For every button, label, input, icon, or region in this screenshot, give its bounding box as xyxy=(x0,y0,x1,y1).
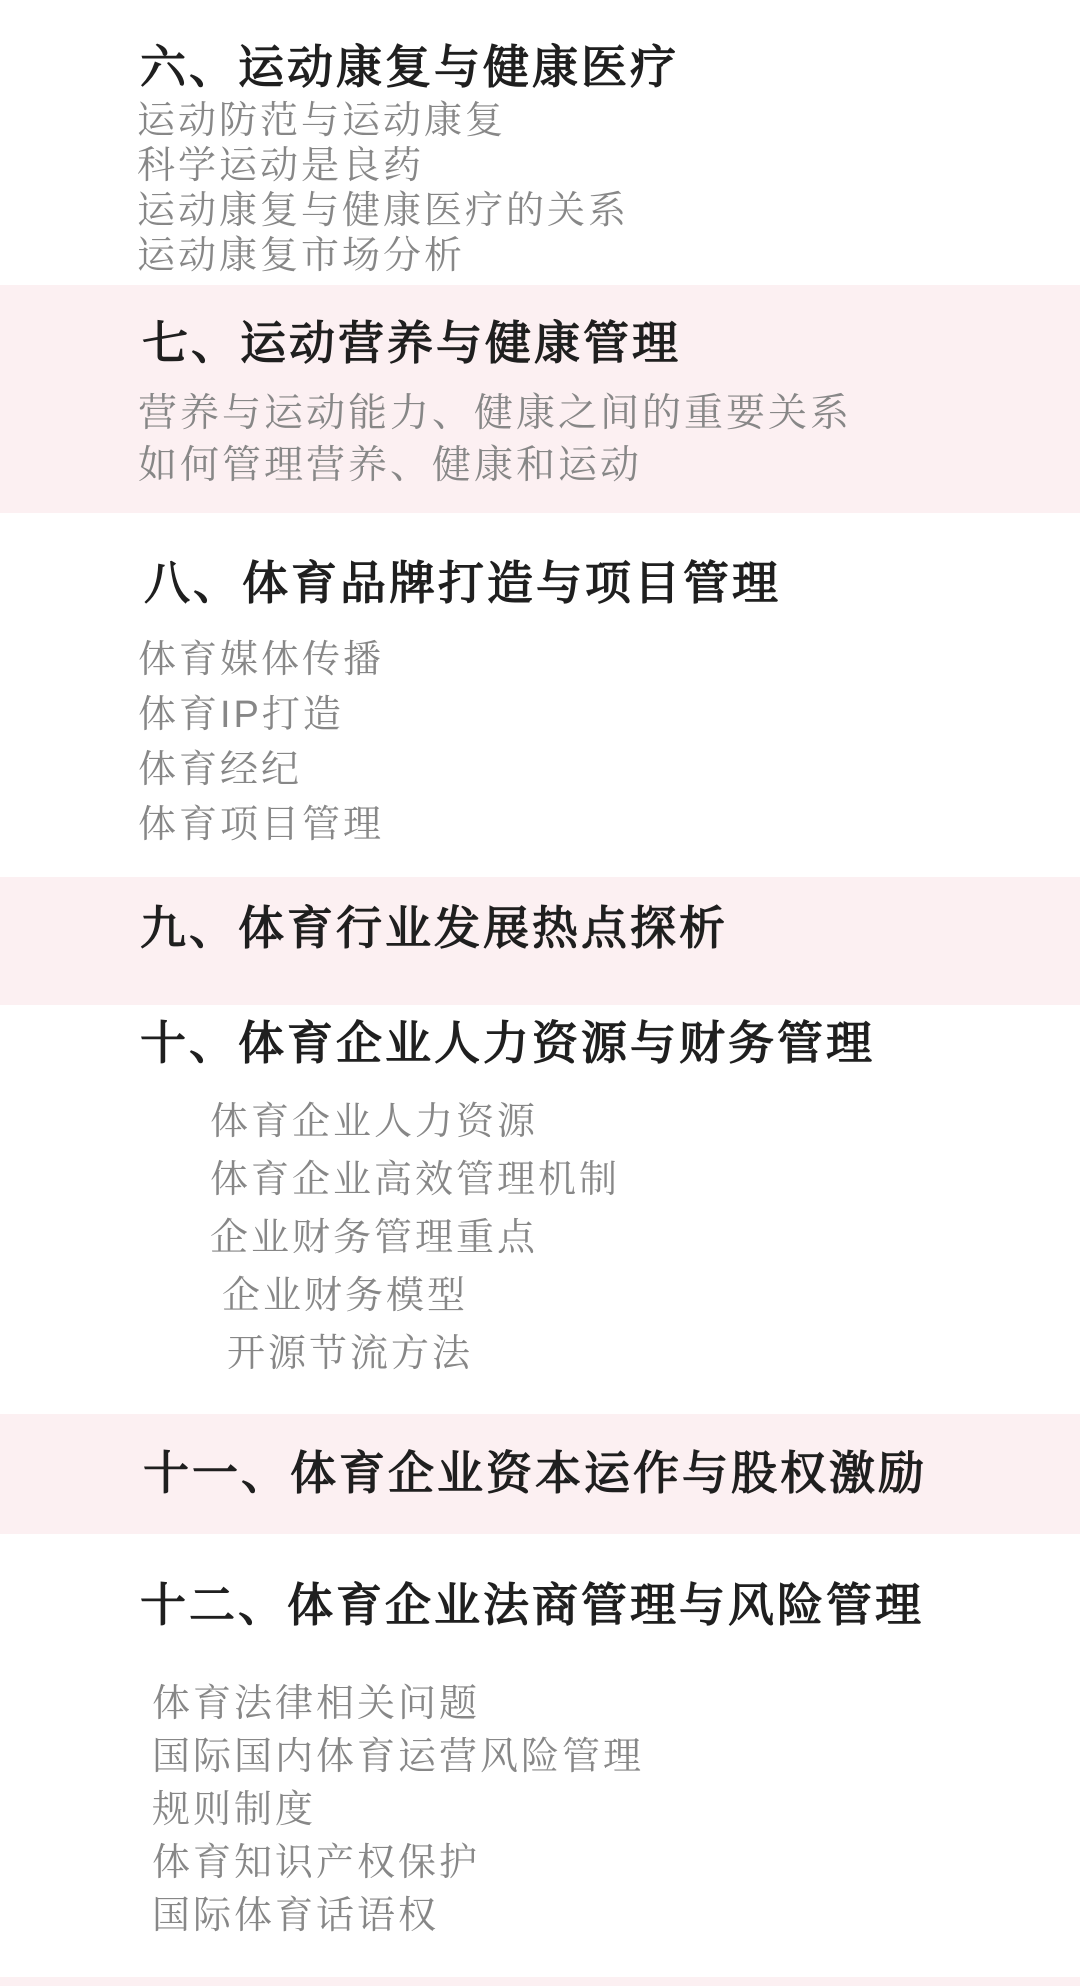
section-10-item: 企业财务管理重点 xyxy=(210,1219,620,1257)
section-6-item: 运动康复与健康医疗的关系 xyxy=(137,192,629,230)
section-6-item: 运动防范与运动康复 xyxy=(137,102,629,140)
section-10-item: 开源节流方法 xyxy=(227,1335,620,1373)
section-10-item: 体育企业人力资源 xyxy=(210,1103,620,1141)
section-12-item: 体育法律相关问题 xyxy=(152,1685,644,1723)
section-12-heading: 十二、体育企业法商管理与风险管理 xyxy=(140,1582,924,1628)
course-outline-page: 六、运动康复与健康医疗 运动防范与运动康复 科学运动是良药 运动康复与健康医疗的… xyxy=(0,0,1080,1986)
section-8-items: 体育媒体传播 体育IP打造 体育经纪 体育项目管理 xyxy=(138,641,384,844)
section-7-items: 营养与运动能力、健康之间的重要关系 如何管理营养、健康和运动 xyxy=(138,394,852,485)
section-11-heading: 十一、体育企业资本运作与股权激励 xyxy=(143,1450,927,1496)
section-10-items: 体育企业人力资源 体育企业高效管理机制 企业财务管理重点 企业财务模型 开源节流… xyxy=(210,1103,620,1373)
section-8-item: 体育经纪 xyxy=(138,751,384,789)
section-6-item: 科学运动是良药 xyxy=(137,147,629,185)
section-9-heading: 九、体育行业发展热点探析 xyxy=(140,905,728,951)
section-12-item: 规则制度 xyxy=(152,1791,644,1829)
section-6-items: 运动防范与运动康复 科学运动是良药 运动康复与健康医疗的关系 运动康复市场分析 xyxy=(137,102,629,275)
section-12-item: 国际体育话语权 xyxy=(152,1897,644,1935)
section-12-items: 体育法律相关问题 国际国内体育运营风险管理 规则制度 体育知识产权保护 国际体育… xyxy=(152,1685,644,1935)
section-6-item: 运动康复市场分析 xyxy=(137,237,629,275)
section-6-heading: 六、运动康复与健康医疗 xyxy=(140,44,679,90)
section-7-item: 营养与运动能力、健康之间的重要关系 xyxy=(138,394,852,433)
section-10-item: 体育企业高效管理机制 xyxy=(210,1161,620,1199)
section-10-heading: 十、体育企业人力资源与财务管理 xyxy=(140,1020,875,1066)
section-7-heading: 七、运动营养与健康管理 xyxy=(142,320,681,366)
section-8-item: 体育媒体传播 xyxy=(138,641,384,679)
section-8-item: 体育项目管理 xyxy=(138,806,384,844)
section-7-item: 如何管理营养、健康和运动 xyxy=(138,446,852,485)
highlight-band-bottom-edge xyxy=(0,1977,1080,1986)
section-12-item: 国际国内体育运营风险管理 xyxy=(152,1738,644,1776)
section-8-heading: 八、体育品牌打造与项目管理 xyxy=(144,560,781,606)
section-12-item: 体育知识产权保护 xyxy=(152,1844,644,1882)
section-8-item: 体育IP打造 xyxy=(138,696,384,734)
section-10-item: 企业财务模型 xyxy=(222,1277,620,1315)
